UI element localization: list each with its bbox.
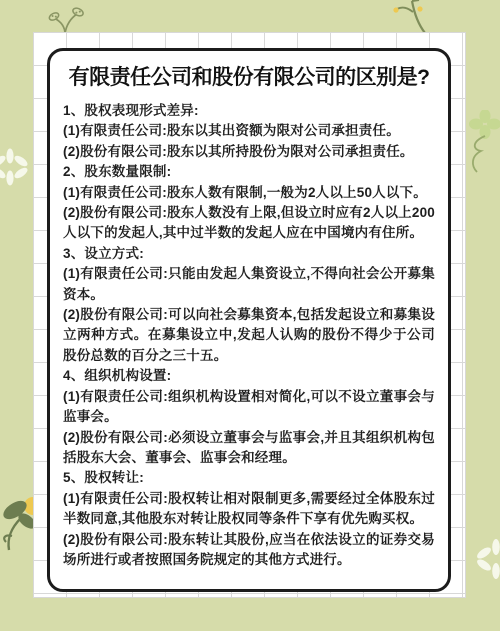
page-title: 有限责任公司和股份有限公司的区别是? bbox=[63, 64, 435, 92]
content-line: (2)股份有限公司:股东人数没有上限,但设立时应有2人以上200人以下的发起人,… bbox=[63, 203, 435, 244]
content-line: (1)有限责任公司:组织机构设置相对简化,可以不设立董事会与监事会。 bbox=[63, 387, 435, 428]
sprout-icon bbox=[46, 5, 86, 35]
content-line: (1)有限责任公司:股东以其出资额为限对公司承担责任。 bbox=[63, 121, 435, 141]
flower-icon bbox=[476, 536, 500, 580]
clover-icon bbox=[465, 110, 500, 174]
section-heading: 3、设立方式: bbox=[63, 244, 435, 264]
content-line: (2)股份有限公司:可以向社会募集资本,包括发起设立和募集设立两种方式。在募集设… bbox=[63, 305, 435, 366]
section-heading: 2、股东数量限制: bbox=[63, 162, 435, 182]
content-line: (1)有限责任公司:只能由发起人集资设立,不得向社会公开募集资本。 bbox=[63, 264, 435, 305]
section-heading: 4、组织机构设置: bbox=[63, 366, 435, 386]
content-line: (2)股份有限公司:股东以其所持股份为限对公司承担责任。 bbox=[63, 142, 435, 162]
section-heading: 1、股权表现形式差异: bbox=[63, 101, 435, 121]
section-heading: 5、股权转让: bbox=[63, 468, 435, 488]
article-card: 有限责任公司和股份有限公司的区别是? 1、股权表现形式差异: (1)有限责任公司… bbox=[47, 48, 451, 592]
content-line: (2)股份有限公司:必须设立董事会与监事会,并且其组织机构包括股东大会、董事会、… bbox=[63, 428, 435, 469]
content-line: (2)股份有限公司:股东转让其股份,应当在依法设立的证券交易场所进行或者按照国务… bbox=[63, 530, 435, 571]
branch-icon bbox=[388, 0, 434, 34]
flower-icon bbox=[0, 147, 30, 187]
content-line: (1)有限责任公司:股权转让相对限制更多,需要经过全体股东过半数同意,其他股东对… bbox=[63, 489, 435, 530]
content-line: (1)有限责任公司:股东人数有限制,一般为2人以上50人以下。 bbox=[63, 183, 435, 203]
graph-paper-card: 有限责任公司和股份有限公司的区别是? 1、股权表现形式差异: (1)有限责任公司… bbox=[33, 32, 466, 598]
